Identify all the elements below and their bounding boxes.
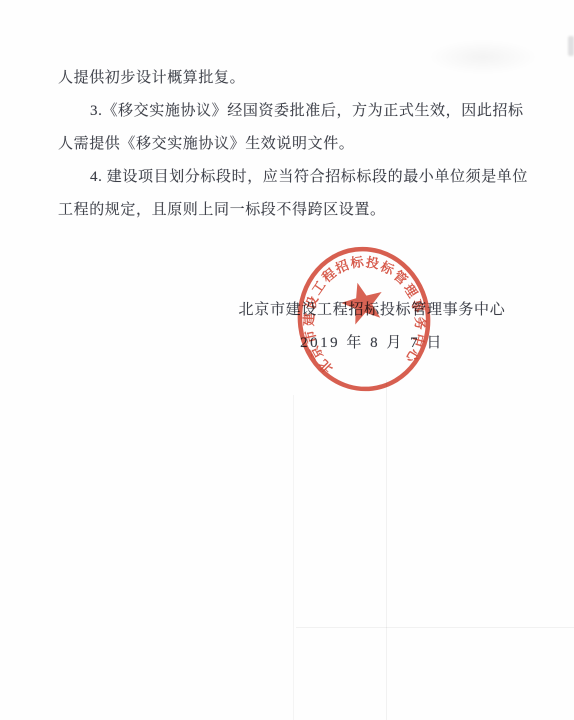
body-line: 工程的规定，且原则上同一标段不得跨区设置。 — [58, 194, 526, 227]
body-line: 3.《移交实施协议》经国资委批准后，方为正式生效，因此招标 — [58, 95, 526, 128]
document-page: 人提供初步设计概算批复。3.《移交实施协议》经国资委批准后，方为正式生效，因此招… — [0, 0, 574, 720]
seal-arc-char: 北 — [316, 356, 336, 376]
seal-arc-char: 管 — [391, 268, 411, 288]
scan-artifact-line — [386, 380, 387, 720]
body-line: 人需提供《移交实施协议》生效说明文件。 — [58, 128, 526, 161]
seal-arc-char: 程 — [319, 265, 339, 285]
seal-arc-char: 标 — [349, 254, 366, 271]
seal-arc-char: 投 — [365, 254, 380, 271]
seal-arc-char: 工 — [309, 278, 329, 297]
body-line: 4. 建设项目划分标段时，应当符合招标标段的最小单位须是单位 — [58, 161, 526, 194]
body-text: 人提供初步设计概算批复。3.《移交实施协议》经国资委批准后，方为正式生效，因此招… — [58, 62, 526, 227]
signature-block: 北京市建设工程招标投标管理事务中心 2019 年 8 月 7 日 — [230, 299, 514, 354]
seal-arc-char: 理 — [401, 281, 421, 301]
scan-artifact-edge — [568, 36, 574, 56]
scan-artifact-line — [296, 627, 574, 628]
body-line: 人提供初步设计概算批复。 — [58, 62, 526, 95]
seal-arc-char: 招 — [333, 257, 351, 276]
seal-arc-char: 标 — [377, 258, 397, 278]
signature-org: 北京市建设工程招标投标管理事务中心 — [230, 299, 514, 321]
scan-artifact-line — [293, 395, 294, 720]
signature-date: 2019 年 8 月 7 日 — [230, 332, 514, 354]
